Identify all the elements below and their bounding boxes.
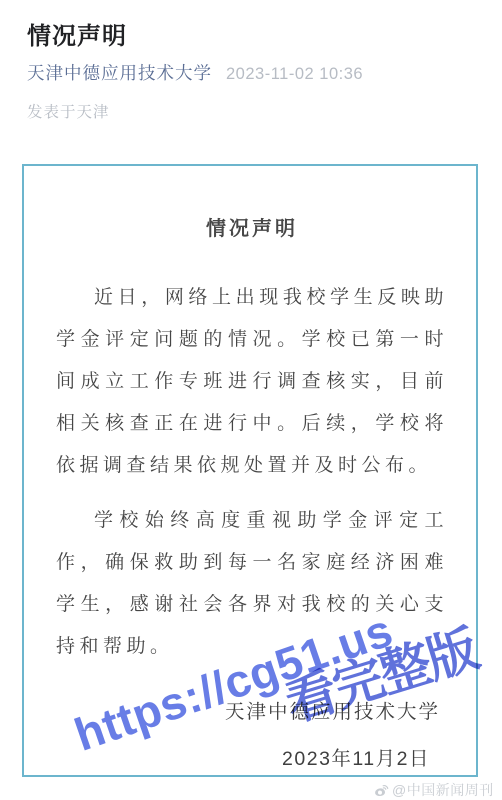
post-location: 发表于天津 xyxy=(27,100,110,122)
byline: 天津中德应用技术大学 2023-11-02 10:36 xyxy=(27,60,363,85)
statement-date: 2023年11月2日 xyxy=(56,743,448,771)
post-timestamp: 2023-11-02 10:36 xyxy=(226,65,363,84)
statement-card: 情况声明 近日，网络上出现我校学生反映助学金评定问题的情况。学校已第一时间成立工… xyxy=(22,164,478,777)
statement-paragraph: 近日，网络上出现我校学生反映助学金评定问题的情况。学校已第一时间成立工作专班进行… xyxy=(56,277,448,487)
statement-paragraph: 学校始终高度重视助学金评定工作，确保救助到每一名家庭经济困难学生，感谢社会各界对… xyxy=(56,500,448,668)
statement-body: 近日，网络上出现我校学生反映助学金评定问题的情况。学校已第一时间成立工作专班进行… xyxy=(56,277,448,668)
statement-signature: 天津中德应用技术大学 xyxy=(56,696,448,724)
weibo-icon xyxy=(374,783,389,798)
author-link[interactable]: 天津中德应用技术大学 xyxy=(27,60,212,85)
credit-handle: @中国新闻周刊 xyxy=(392,780,494,800)
page-title: 情况声明 xyxy=(27,16,127,51)
statement-title: 情况声明 xyxy=(56,212,448,241)
credit-line: @中国新闻周刊 xyxy=(374,780,494,800)
signature-block: 天津中德应用技术大学 2023年11月2日 xyxy=(56,696,448,771)
